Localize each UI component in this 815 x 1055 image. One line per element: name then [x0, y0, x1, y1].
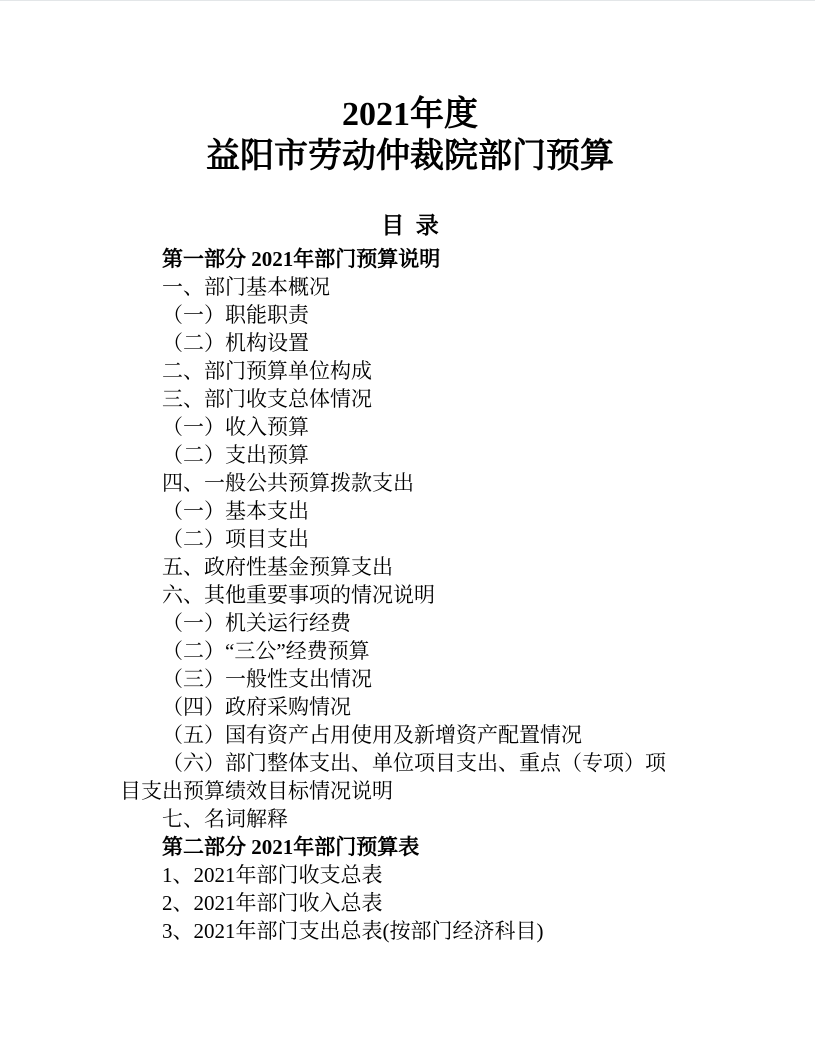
- toc-line: 二、部门预算单位构成: [120, 357, 700, 385]
- toc-line: （一）收入预算: [120, 413, 700, 441]
- toc-line: （二）机构设置: [120, 329, 700, 357]
- toc-line: 2、2021年部门收入总表: [120, 889, 700, 917]
- toc-line: 目支出预算绩效目标情况说明: [120, 777, 700, 805]
- toc-line: （一）基本支出: [120, 497, 700, 525]
- document-page: 2021年度 益阳市劳动仲裁院部门预算 目 录 第一部分 2021年部门预算说明…: [0, 1, 815, 1055]
- toc-line: 第一部分 2021年部门预算说明: [120, 245, 700, 273]
- toc-line: 四、一般公共预算拨款支出: [120, 469, 700, 497]
- toc-line: 第二部分 2021年部门预算表: [120, 833, 700, 861]
- toc-line: （一）职能职责: [120, 301, 700, 329]
- title-block: 2021年度 益阳市劳动仲裁院部门预算: [120, 1, 700, 178]
- toc-line: （一）机关运行经费: [120, 609, 700, 637]
- toc-line: （五）国有资产占用使用及新增资产配置情况: [120, 721, 700, 749]
- toc-list: 第一部分 2021年部门预算说明一、部门基本概况（一）职能职责（二）机构设置二、…: [120, 245, 700, 945]
- toc-line: （二）支出预算: [120, 441, 700, 469]
- toc-line: （二）“三公”经费预算: [120, 637, 700, 665]
- toc-line: 六、其他重要事项的情况说明: [120, 581, 700, 609]
- toc-line: 一、部门基本概况: [120, 273, 700, 301]
- toc-line: 3、2021年部门支出总表(按部门经济科目): [120, 917, 700, 945]
- toc-line: （四）政府采购情况: [120, 693, 700, 721]
- document-title-name: 益阳市劳动仲裁院部门预算: [120, 136, 700, 178]
- toc-line: 五、政府性基金预算支出: [120, 553, 700, 581]
- toc-line: 七、名词解释: [120, 805, 700, 833]
- toc-line: （三）一般性支出情况: [120, 665, 700, 693]
- toc-heading: 目 录: [120, 211, 700, 241]
- toc-line: 1、2021年部门收支总表: [120, 861, 700, 889]
- document-title-year: 2021年度: [120, 94, 700, 136]
- toc-line: （六）部门整体支出、单位项目支出、重点（专项）项: [120, 749, 700, 777]
- toc-line: （二）项目支出: [120, 525, 700, 553]
- page-content: 2021年度 益阳市劳动仲裁院部门预算 目 录 第一部分 2021年部门预算说明…: [120, 1, 700, 945]
- toc-line: 三、部门收支总体情况: [120, 385, 700, 413]
